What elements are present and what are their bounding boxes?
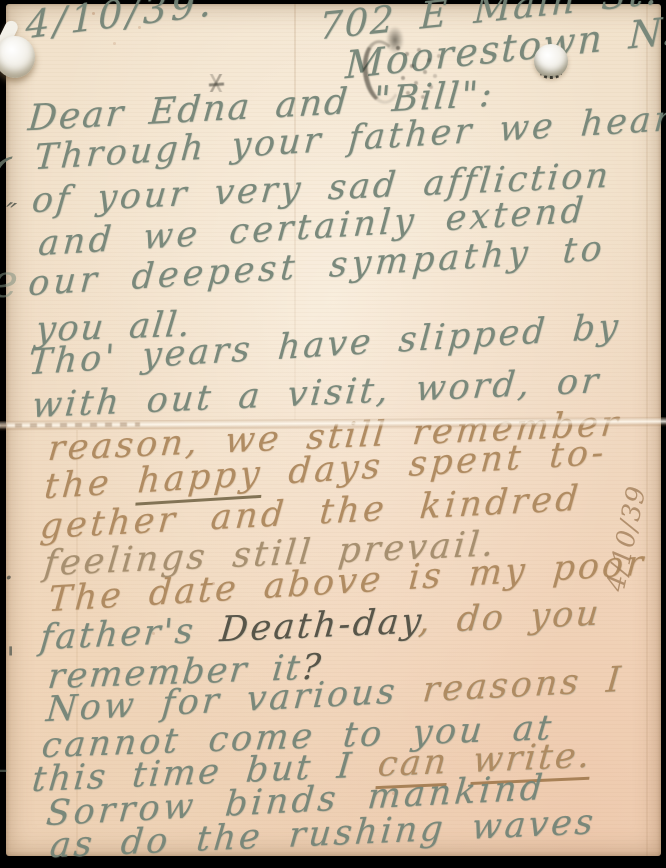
- punch-hole-shadow: [540, 68, 562, 79]
- scanned-letter-page: 4/10/39. 702 E Main St. Moorestown N.J. …: [0, 0, 666, 868]
- ink-smudge: [396, 46, 400, 50]
- overlay-artifacts-layer: [0, 0, 666, 868]
- punch-hole-left: [0, 36, 35, 78]
